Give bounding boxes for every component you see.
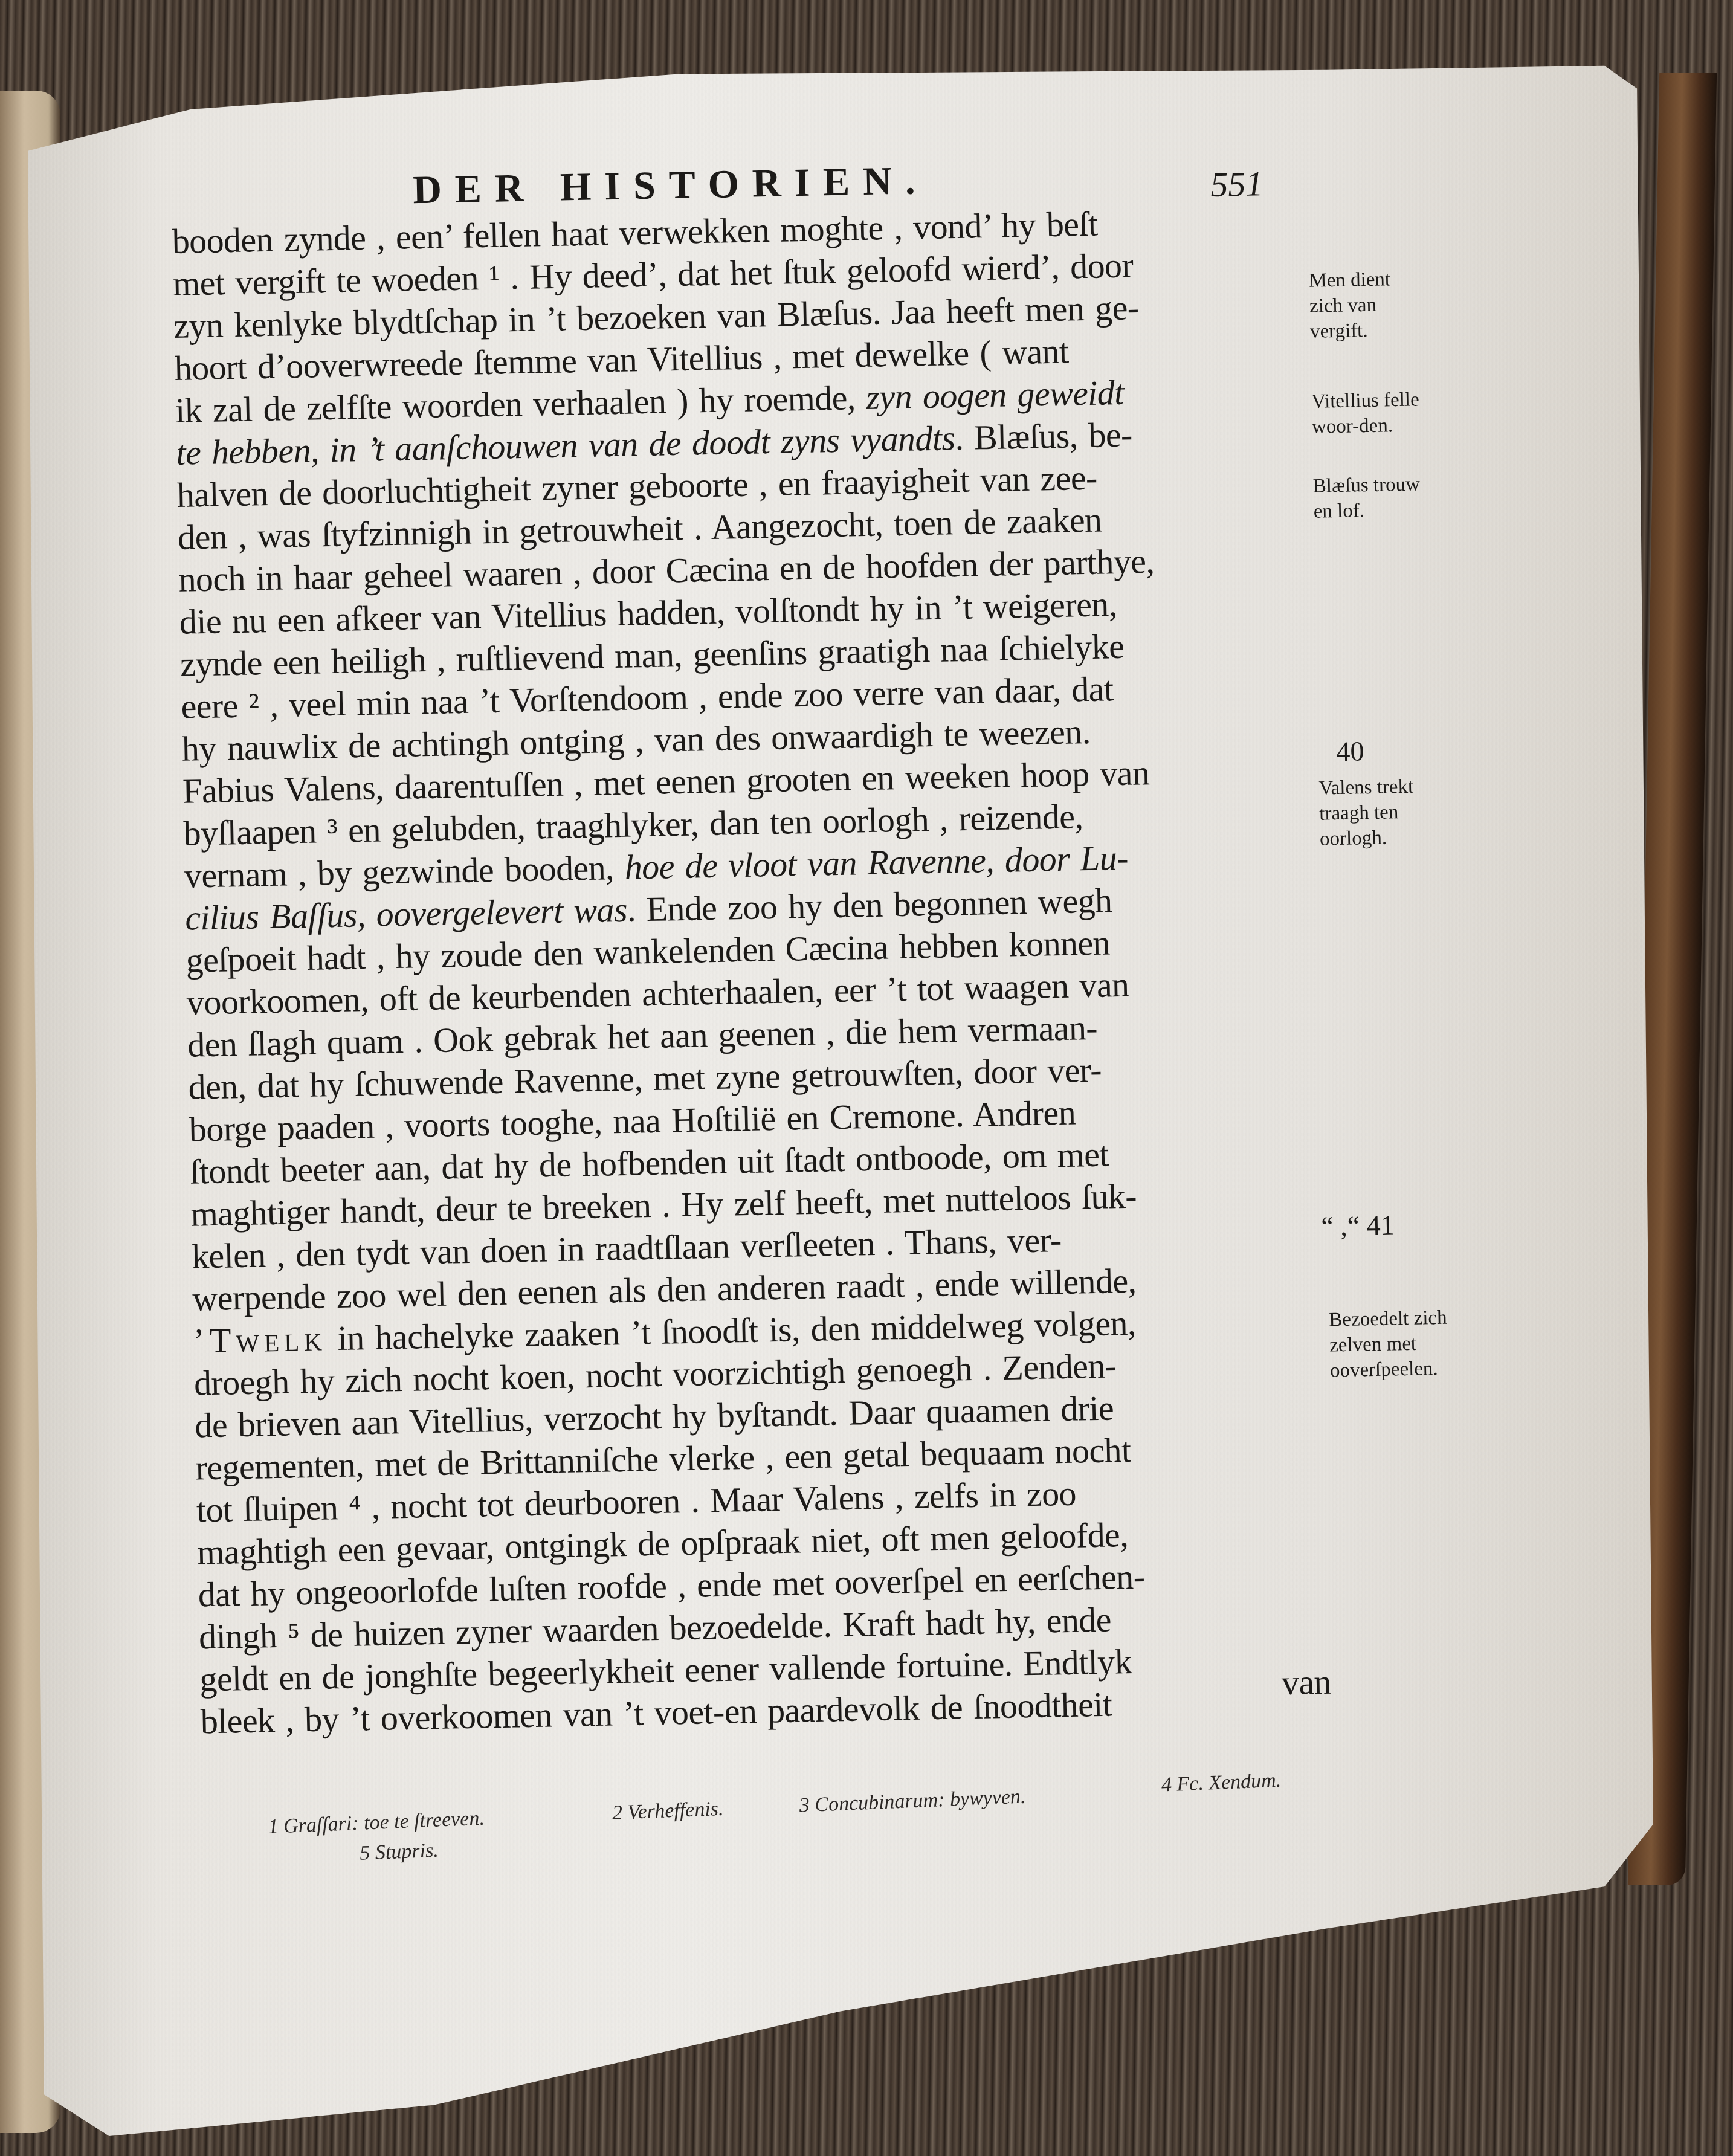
italic-quote: hoe de vloot van Ravenne, door Lu- <box>624 838 1128 887</box>
italic-quote: cilius Baſſus <box>185 895 358 937</box>
italic-quote: zyn oogen geweidt <box>866 373 1124 417</box>
section-number: 40 <box>1336 738 1364 764</box>
margin-note: Blæſus trouw en lof. <box>1313 471 1429 524</box>
margin-note: Bezoedelt zich zelven met ooverſpeelen. <box>1329 1305 1451 1384</box>
footnote: 5 Stupris. <box>360 1839 439 1865</box>
running-head-title: DER HISTORIEN. <box>413 158 929 213</box>
margin-note: Men dient zich van vergift. <box>1309 266 1425 344</box>
footnote: 3 Concubinarum: bywyven. <box>799 1786 1026 1818</box>
footnote: 2 Verheffenis. <box>612 1798 724 1825</box>
section-number: “ ,“ 41 <box>1321 1212 1395 1239</box>
footnote: 1 Graſſari: toe te ſtreeven. <box>268 1807 485 1839</box>
small-caps-word: ’Twelk <box>193 1318 327 1360</box>
footnote: 4 Fc. Xendum. <box>1161 1769 1282 1797</box>
margin-note: Vitellius felle woor-den. <box>1311 387 1427 440</box>
margin-note: Valens trekt traagh ten oorlogh. <box>1318 773 1453 851</box>
catchword: van <box>1281 1661 1331 1705</box>
page-number: 551 <box>1210 163 1263 205</box>
page-text-block: DER HISTORIEN. 551 booden zynde , een’ f… <box>170 132 1325 1743</box>
